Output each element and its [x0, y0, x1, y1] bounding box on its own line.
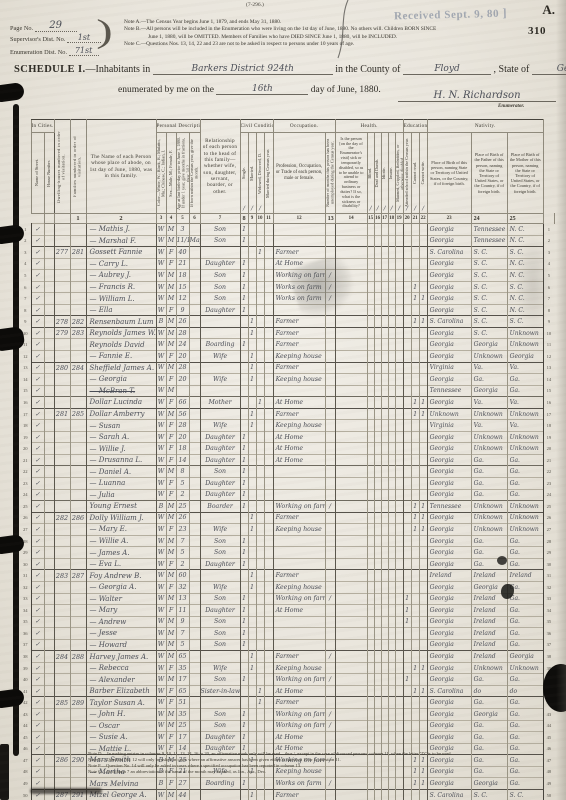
state-label: , State of: [494, 64, 530, 75]
cell-dd: [374, 778, 381, 790]
table-row: 44✓— OscarWM25Son1Working on farm∕Georgi…: [20, 720, 554, 732]
cell-mb: Ga.: [507, 616, 543, 628]
cell-s: 1: [240, 478, 248, 490]
cell-x: F: [166, 304, 176, 316]
cell-a: 21: [176, 258, 189, 270]
cell-cw: [419, 581, 427, 593]
cell-f: [70, 662, 86, 674]
cell-mb: Ga.: [507, 628, 543, 640]
col-widowed: Widowed, Divorced, D.∕: [256, 133, 264, 214]
line-number-right: 28: [543, 535, 554, 547]
cell-hn: [44, 478, 54, 490]
cell-name: Reynolds David: [86, 339, 156, 351]
cell-d: 277: [54, 247, 70, 259]
cell-dd: [374, 732, 381, 744]
cell-hn: [44, 720, 54, 732]
cell-c: W: [156, 385, 166, 397]
cell-t: ✓: [31, 454, 44, 466]
cell-m: 1: [248, 651, 256, 663]
cell-a: 51: [176, 697, 189, 709]
line-number-right: 23: [543, 478, 554, 490]
cell-sk: [335, 489, 367, 501]
cell-dd: [374, 270, 381, 282]
cell-mo: [189, 581, 200, 593]
cell-cr: [411, 732, 419, 744]
cell-hn: [44, 385, 54, 397]
cell-t: ✓: [31, 743, 44, 755]
line-number-left: 18: [20, 420, 31, 432]
cell-rel: [200, 697, 240, 709]
cell-id: [381, 443, 388, 455]
cell-sch: 1: [403, 674, 411, 686]
cell-u: [325, 524, 335, 536]
cell-sch: [403, 547, 411, 559]
cell-cw: [419, 547, 427, 559]
cell-d: 280: [54, 362, 70, 374]
cell-b: [367, 397, 374, 409]
cell-name: — Jesse: [86, 628, 156, 640]
cell-sch: [403, 512, 411, 524]
cell-sk: [335, 581, 367, 593]
cell-cr: 1: [411, 316, 419, 328]
cell-mb: Va.: [507, 420, 543, 432]
line-number-left: 26: [20, 512, 31, 524]
table-row: 27✓— Mary E.WF23Wife1Keeping house11Geor…: [20, 524, 554, 536]
cell-fb: Ga.: [471, 732, 507, 744]
line-number-left: 12: [20, 351, 31, 363]
col-insane: Insane.∕: [388, 133, 395, 214]
cell-s: [240, 570, 248, 582]
line-number-left: 25: [20, 501, 31, 513]
cell-mm: [395, 570, 403, 582]
cell-t: ✓: [31, 397, 44, 409]
cell-sk: [335, 397, 367, 409]
cell-m: [248, 628, 256, 640]
cell-b: [367, 420, 374, 432]
cell-a: 7: [176, 628, 189, 640]
cell-cr: 1: [411, 293, 419, 305]
cell-mm: [395, 662, 403, 674]
cell-x: F: [166, 443, 176, 455]
group-health: Health.: [335, 120, 403, 133]
line-number-left: 44: [20, 720, 31, 732]
line-number-right: 16: [543, 397, 554, 409]
line-number-left: 4: [20, 258, 31, 270]
cell-t: ✓: [31, 674, 44, 686]
cell-b: [367, 732, 374, 744]
cell-t: ✓: [31, 755, 44, 767]
cell-s: [240, 662, 248, 674]
cell-w: [256, 778, 264, 790]
cell-u: [325, 512, 335, 524]
cell-d: 281: [54, 408, 70, 420]
cell-sch: [403, 558, 411, 570]
cell-u: ∕: [325, 708, 335, 720]
cell-cw: [419, 789, 427, 800]
cell-w: [256, 385, 264, 397]
cell-u: ∕: [325, 651, 335, 663]
cell-cw: [419, 281, 427, 293]
cell-dd: [374, 351, 381, 363]
cell-cw: [419, 489, 427, 501]
cell-occ: At Home: [273, 443, 325, 455]
cell-id: [381, 720, 388, 732]
cell-sch: [403, 385, 411, 397]
cell-d: 285: [54, 697, 70, 709]
group-occupation: Occupation.: [273, 120, 335, 133]
cell-occ: Keeping house: [273, 662, 325, 674]
group-nativity: Nativity.: [427, 120, 543, 133]
cell-rel: Boarding: [200, 339, 240, 351]
cell-dd: [374, 570, 381, 582]
cell-mm: [395, 512, 403, 524]
cell-f: 282: [70, 316, 86, 328]
cell-rel: Son: [200, 593, 240, 605]
cell-hn: [44, 616, 54, 628]
cell-b: [367, 778, 374, 790]
cell-w: [256, 431, 264, 443]
cell-f: [70, 639, 86, 651]
cell-x: F: [166, 778, 176, 790]
cell-a: 23: [176, 524, 189, 536]
cell-d: [54, 351, 70, 363]
cell-mb: Ga.: [507, 674, 543, 686]
cell-ins: [388, 397, 395, 409]
cell-pb: Georgia: [427, 374, 471, 386]
cell-fb: Va.: [471, 362, 507, 374]
cell-f: [70, 374, 86, 386]
cell-x: M: [166, 316, 176, 328]
cell-w: [256, 443, 264, 455]
cell-hn: [44, 339, 54, 351]
cell-ins: [388, 674, 395, 686]
group-in-cities: In Cities.: [31, 120, 54, 133]
cell-rel: Son: [200, 270, 240, 282]
cell-id: [381, 605, 388, 617]
cell-cr: [411, 581, 419, 593]
cell-b: [367, 558, 374, 570]
cell-x: M: [166, 570, 176, 582]
cell-mo: [189, 408, 200, 420]
cell-ins: [388, 304, 395, 316]
cell-t: ✓: [31, 270, 44, 282]
cell-mo: [189, 685, 200, 697]
cell-id: [381, 293, 388, 305]
bottom-left-mark: [0, 744, 9, 800]
line-number-left: 6: [20, 281, 31, 293]
cell-mb: Ga.: [507, 732, 543, 744]
cell-name: — Daniel A.: [86, 466, 156, 478]
cell-name: — Eva L.: [86, 558, 156, 570]
cell-f: [70, 605, 86, 617]
cell-t: ✓: [31, 685, 44, 697]
cell-rel: Son: [200, 616, 240, 628]
cell-sk: [335, 362, 367, 374]
cell-sk: [335, 431, 367, 443]
cell-mo: [189, 293, 200, 305]
bottom-smear: [30, 788, 102, 794]
cell-rel: Wife: [200, 374, 240, 386]
cell-cr: [411, 351, 419, 363]
cell-m: [248, 489, 256, 501]
cell-ins: [388, 628, 395, 640]
cell-s: 1: [240, 270, 248, 282]
cell-id: [381, 674, 388, 686]
cell-t: ✓: [31, 501, 44, 513]
cell-id: [381, 362, 388, 374]
cell-fb: Va.: [471, 420, 507, 432]
col-age: Age at last birth-day prior to June 1, 1…: [176, 133, 189, 214]
cell-w: [256, 616, 264, 628]
cell-t: ✓: [31, 616, 44, 628]
cell-t: ✓: [31, 443, 44, 455]
line-number-left: 5: [20, 270, 31, 282]
cell-dd: [374, 616, 381, 628]
cell-c: W: [156, 431, 166, 443]
cell-mm: [395, 593, 403, 605]
cell-rel: Daughter: [200, 558, 240, 570]
cell-s: [240, 685, 248, 697]
cell-c: W: [156, 420, 166, 432]
cell-fb: Unknown: [471, 501, 507, 513]
cell-dd: [374, 385, 381, 397]
cell-cr: [411, 224, 419, 236]
cell-mm: [395, 524, 403, 536]
cell-rel: [200, 651, 240, 663]
line-number-left: 33: [20, 593, 31, 605]
line-number-right: 36: [543, 628, 554, 640]
cell-sch: [403, 339, 411, 351]
group-personal: Personal Description.: [156, 120, 200, 133]
cell-x: M: [166, 385, 176, 397]
cell-mm: [395, 397, 403, 409]
cell-ins: [388, 593, 395, 605]
cell-occ: At Home: [273, 431, 325, 443]
cell-cr: [411, 420, 419, 432]
cell-s: 1: [240, 732, 248, 744]
cell-w: [256, 316, 264, 328]
cell-c: W: [156, 443, 166, 455]
cell-mb: Unknown: [507, 662, 543, 674]
cell-u: [325, 362, 335, 374]
cell-cw: [419, 639, 427, 651]
cell-d: [54, 478, 70, 490]
cell-u: [325, 581, 335, 593]
line-number-left: 3: [20, 247, 31, 259]
cell-rel: Son: [200, 628, 240, 640]
cell-mb: Ga.: [507, 605, 543, 617]
cell-my: [264, 224, 273, 236]
cell-sch: [403, 224, 411, 236]
cell-id: [381, 431, 388, 443]
cell-cr: [411, 547, 419, 559]
cell-x: M: [166, 270, 176, 282]
cell-hn: [44, 628, 54, 640]
cell-pb: Georgia: [427, 466, 471, 478]
cell-name: — Carry L.: [86, 258, 156, 270]
cell-occ: At Home: [273, 732, 325, 744]
cell-f: [70, 224, 86, 236]
cell-name: Dollar Amberry: [86, 408, 156, 420]
cell-sch: [403, 570, 411, 582]
col-birth-month: If born within the Census year, give the…: [189, 133, 200, 214]
cell-m: [248, 685, 256, 697]
census-table-wrap: In Cities. Dwelling-houses numbered in o…: [20, 119, 554, 800]
line-number-right: 37: [543, 639, 554, 651]
cell-a: 26: [176, 512, 189, 524]
cell-my: [264, 351, 273, 363]
cell-d: [54, 766, 70, 778]
cell-x: F: [166, 397, 176, 409]
cell-d: 278: [54, 316, 70, 328]
cell-occ: Keeping house: [273, 420, 325, 432]
cell-cw: 1: [419, 778, 427, 790]
cell-rel: [200, 512, 240, 524]
cell-f: [70, 524, 86, 536]
cell-s: [240, 247, 248, 259]
cell-u: [325, 697, 335, 709]
cell-c: W: [156, 397, 166, 409]
cell-s: [240, 408, 248, 420]
cell-sch: [403, 362, 411, 374]
cell-cr: [411, 466, 419, 478]
cell-rel: [200, 316, 240, 328]
cell-fb: S. C.: [471, 247, 507, 259]
cell-m: [248, 443, 256, 455]
cell-hn: [44, 235, 54, 247]
cell-m: [248, 593, 256, 605]
cell-my: [264, 535, 273, 547]
cell-b: [367, 247, 374, 259]
cell-occ: [273, 558, 325, 570]
cell-mb: Unknown: [507, 431, 543, 443]
cell-b: [367, 339, 374, 351]
cell-c: W: [156, 270, 166, 282]
cell-t: ✓: [31, 316, 44, 328]
cell-occ: Farmer: [273, 327, 325, 339]
cell-x: F: [166, 454, 176, 466]
cell-pb: S. Carolina: [427, 789, 471, 800]
cell-dd: [374, 247, 381, 259]
cell-w: [256, 489, 264, 501]
cell-b: [367, 431, 374, 443]
cell-sch: [403, 466, 411, 478]
cell-ins: [388, 258, 395, 270]
cell-d: 282: [54, 512, 70, 524]
cell-dd: [374, 547, 381, 559]
cell-name: — Georgia: [86, 374, 156, 386]
cell-x: F: [166, 605, 176, 617]
cell-sk: [335, 593, 367, 605]
cell-ins: [388, 708, 395, 720]
cell-f: [70, 720, 86, 732]
cell-u: [325, 454, 335, 466]
line-number-left: 49: [20, 778, 31, 790]
table-row: 40✓— AlexanderWM17Son1Working on farm∕1G…: [20, 674, 554, 686]
cell-occ: At Home: [273, 397, 325, 409]
cell-x: M: [166, 593, 176, 605]
cell-a: 25: [176, 501, 189, 513]
cell-sch: [403, 304, 411, 316]
cell-cw: [419, 478, 427, 490]
cell-s: [240, 420, 248, 432]
cell-dd: [374, 489, 381, 501]
cell-w: [256, 304, 264, 316]
cell-fb: Unknown: [471, 408, 507, 420]
cell-x: F: [166, 247, 176, 259]
cell-mb: Ga.: [507, 489, 543, 501]
cell-cw: [419, 385, 427, 397]
cell-mo: [189, 674, 200, 686]
cell-my: [264, 685, 273, 697]
line-number-left: 31: [20, 570, 31, 582]
cell-rel: Son: [200, 708, 240, 720]
cell-fb: S. C.: [471, 258, 507, 270]
cell-pb: Georgia: [427, 281, 471, 293]
table-row: 10✓279283Reynolds James W.WM281FarmerGeo…: [20, 327, 554, 339]
cell-mm: [395, 732, 403, 744]
cell-u: ∕: [325, 501, 335, 513]
cell-dd: [374, 235, 381, 247]
cell-cr: [411, 593, 419, 605]
cell-b: [367, 351, 374, 363]
cell-pb: Georgia: [427, 224, 471, 236]
cell-my: [264, 397, 273, 409]
col-mother-birthplace: Place of Birth of the Mother of this per…: [507, 133, 543, 214]
cell-fb: Tennessee: [471, 224, 507, 236]
col-months-unemployed: Number of months this person has been un…: [325, 133, 335, 214]
cell-dd: [374, 512, 381, 524]
cell-mm: [395, 339, 403, 351]
group-education: Education.: [403, 120, 427, 133]
cell-occ: Keeping house: [273, 581, 325, 593]
page-number-value: 29: [35, 20, 77, 32]
cell-sk: [335, 708, 367, 720]
cell-mm: [395, 478, 403, 490]
cell-occ: [273, 616, 325, 628]
cell-f: 285: [70, 408, 86, 420]
cell-u: [325, 558, 335, 570]
cell-f: 290: [70, 755, 86, 767]
cell-x: M: [166, 466, 176, 478]
line-number-left: 30: [20, 558, 31, 570]
county-value: Floyd: [403, 64, 491, 75]
cell-s: 1: [240, 628, 248, 640]
cell-hn: [44, 327, 54, 339]
cell-fb: Ga.: [471, 674, 507, 686]
cell-mo: [189, 720, 200, 732]
cell-s: [240, 362, 248, 374]
line-number-right: 17: [543, 408, 554, 420]
cell-pb: Georgia: [427, 708, 471, 720]
cell-mm: [395, 304, 403, 316]
cell-hn: [44, 605, 54, 617]
cell-w: [256, 478, 264, 490]
cell-mm: [395, 605, 403, 617]
line-number-left: 14: [20, 374, 31, 386]
cell-u: [325, 443, 335, 455]
cell-dd: [374, 581, 381, 593]
cell-c: W: [156, 651, 166, 663]
cell-sch: [403, 351, 411, 363]
cell-mb: Va.: [507, 362, 543, 374]
cell-id: [381, 535, 388, 547]
cell-c: W: [156, 697, 166, 709]
cell-id: [381, 224, 388, 236]
cell-d: [54, 304, 70, 316]
cell-mm: [395, 789, 403, 800]
cell-sch: [403, 628, 411, 640]
